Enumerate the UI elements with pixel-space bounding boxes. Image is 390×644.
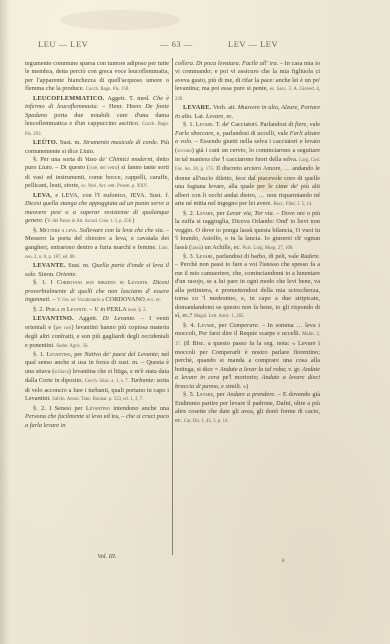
dictionary-entry: LEUCOFLEMMATICO. Aggett. T. med. Che è i… bbox=[25, 95, 169, 139]
entry-text: Andate a levar la tal roba bbox=[220, 366, 285, 373]
citation: Bocc. Filoc. l. 5, 14. bbox=[273, 202, 312, 207]
citation: Car. Dd. 1, 43, 3, p. 14. bbox=[184, 419, 229, 424]
entry-text: CORDOVANO bbox=[104, 296, 145, 303]
dictionary-entry: §. 4. Levare, per Comperare. – In somma … bbox=[175, 322, 320, 392]
running-head-right: LEV — LEV bbox=[228, 39, 278, 49]
entry-text: Aggett. T. med. bbox=[104, 95, 152, 102]
dictionary-entry: LEVARE. Verb. att. Muovere in alto, Alza… bbox=[175, 104, 320, 121]
dictionary-entry: §. 1. Levantino, per Nativo de' paesi de… bbox=[25, 351, 169, 405]
entry-continuation: collera. Di poca levatura. Facile all' i… bbox=[175, 60, 320, 104]
entry-text: , e simili. ») bbox=[218, 383, 248, 390]
entry-text: – Di questo ( bbox=[53, 164, 89, 171]
entry-text: ) bbox=[132, 217, 134, 224]
citation: V. del Passo in Att. Accad. Crus. t. 3, … bbox=[47, 219, 132, 224]
citation: lassù bbox=[191, 246, 201, 251]
entry-text: , parlandosi di barbo, di peli, vale bbox=[213, 253, 301, 260]
entry-text: §. 1. bbox=[183, 121, 196, 128]
citation: scovato bbox=[177, 149, 192, 154]
page-gutter-shadow bbox=[0, 0, 10, 644]
entry-text: Liuto. bbox=[38, 164, 53, 171]
entry-text: Levare. bbox=[196, 121, 214, 128]
entry-text: Lat. bbox=[193, 113, 206, 120]
paper-stain bbox=[60, 10, 180, 30]
dictionary-entry: LEÙTO. Sust. m. Strumento musicale di co… bbox=[25, 139, 169, 156]
entry-text: , e LEVA, con l'I eufonico, IEVA. Sust. … bbox=[50, 192, 169, 199]
entry-text: Radere. bbox=[300, 253, 320, 260]
entry-text: §. 1. bbox=[33, 351, 47, 358]
entry-text: Turbante bbox=[131, 377, 154, 384]
right-column: collera. Di poca levatura. Facile all' i… bbox=[175, 60, 320, 426]
dictionary-entry: §. 2. Perla di Levante. – V. in PERLA no… bbox=[25, 306, 169, 315]
entry-text: Oriente. bbox=[56, 271, 77, 278]
dictionary-entry: §. Per una sorta di Vaso de' Chimici mod… bbox=[25, 156, 169, 192]
entry-text: V. in bbox=[94, 306, 105, 313]
entry-text: Levare bbox=[196, 253, 213, 260]
headword: LEVARE. bbox=[183, 104, 211, 111]
entry-text: Levantino bbox=[86, 405, 110, 412]
entry-text: intendono anche una bbox=[110, 405, 169, 412]
entry-text: Farle sboccare bbox=[175, 130, 213, 137]
dictionary-entry: §. 1. I Cordovani son ribaditi in Levant… bbox=[25, 279, 169, 305]
entry-text: Levare bbox=[196, 391, 213, 398]
entry-text: Di Levante. bbox=[103, 315, 136, 322]
citation: Cecch. Stiav. a. 1, s. 7. bbox=[85, 379, 129, 384]
entry-text: Sust. m. bbox=[66, 262, 92, 269]
entry-text: §. Per una sorta di bbox=[33, 156, 85, 163]
page-number: — 63 — bbox=[160, 39, 193, 49]
dictionary-entry: LEVANTINO. Aggett. Di Levante. – I venti… bbox=[25, 315, 169, 351]
entry-text: Perla di Levante. bbox=[46, 306, 88, 313]
entry-text: Levare bbox=[198, 322, 215, 329]
headword: LEVANTE. bbox=[33, 262, 66, 269]
headword: LEUCOFLEMMATICO. bbox=[33, 95, 104, 102]
entry-text: Levare bbox=[196, 210, 213, 217]
entry-text: ed ira, – bbox=[102, 413, 126, 420]
entry-text: Sust. m. bbox=[58, 139, 83, 146]
entry-text: Strumento musicale di corde. bbox=[83, 139, 158, 146]
entry-text: , per bbox=[71, 351, 85, 358]
entry-text: §. 2. I Senesi per bbox=[33, 405, 86, 412]
entry-text: , ec. bbox=[223, 113, 233, 120]
entry-text: , e, parlandosi di uccelli, vale bbox=[213, 130, 290, 137]
entry-text: ) un Achille, ec. bbox=[201, 244, 243, 251]
column-divider bbox=[172, 58, 173, 555]
entry-text: fiere bbox=[295, 121, 306, 128]
entry-text: Levar via, Tor via. bbox=[227, 210, 275, 217]
entry-text: pe'l mortorio; bbox=[219, 374, 261, 381]
dictionary-entry: §. 5. Levare, per Andare a prendere. – E… bbox=[175, 391, 320, 426]
citation: Soder. Agric. 56. bbox=[56, 344, 88, 349]
signature-mark: 8 bbox=[282, 559, 285, 564]
entry-text: – Perchè non passi io fare a voi l'istes… bbox=[175, 261, 320, 319]
citation: per così bbox=[56, 326, 72, 331]
headword: LEÙTO. bbox=[33, 139, 58, 146]
citation: Salvin. Annot. Tanc. Buonar. p. 553, ed.… bbox=[52, 397, 143, 402]
entry-text: , per bbox=[213, 210, 227, 217]
entry-text: Levantino bbox=[47, 351, 71, 358]
entry-text: T. de' Cacciatori. Parlandosi di bbox=[214, 121, 295, 128]
running-head-left: LEU — LEV bbox=[38, 39, 88, 49]
entry-text: ; v. gr. bbox=[285, 366, 302, 373]
entry-text: I Cordovani son ribaditi in Levante. bbox=[51, 279, 149, 286]
entry-text: Andare a prendere. bbox=[227, 391, 276, 398]
entry-text: §. 1. bbox=[33, 279, 51, 286]
citation: Magal. Lett. Antic. 1, 265. bbox=[194, 314, 245, 319]
entry-text: , per bbox=[213, 391, 227, 398]
left-column: tegumento commune sparsa con tumore adip… bbox=[25, 60, 169, 430]
entry-text: Levare bbox=[206, 113, 223, 120]
entry-text: §. 5. bbox=[183, 391, 196, 398]
headword: LEVA bbox=[33, 192, 50, 199]
entry-text: Nativo de' paesi del Levante bbox=[84, 351, 157, 358]
entry-text: §. 2. bbox=[183, 210, 196, 217]
citation: Cocch. Bagn. Pis. 158. bbox=[86, 87, 130, 92]
scanned-dictionary-page: LEU — LEV — 63 — LEV — LEV tegumento com… bbox=[0, 0, 390, 644]
entry-text: Verb. att. bbox=[211, 104, 237, 111]
entry-text: , vale bbox=[306, 121, 320, 128]
entry-text: PERLA bbox=[105, 306, 128, 313]
entry-text: Vaso de' Chimici moderni bbox=[85, 156, 153, 163]
dictionary-entry: §. Mettere a leva. Sollevare con la leva… bbox=[25, 227, 169, 263]
headword: LEVANTINO. bbox=[33, 315, 74, 322]
entry-text: Sollevare con la leva che che sia. bbox=[80, 227, 165, 234]
dictionary-entry: §. 2. Levare, per Levar via, Tor via. – … bbox=[175, 210, 320, 253]
dictionary-entry: §. 2. I Senesi per Levantino intendono a… bbox=[25, 405, 169, 430]
entry-text: Aggett. bbox=[74, 315, 103, 322]
entry-text: Liuto. bbox=[80, 148, 95, 155]
entry-text: – Henr. Heers bbox=[98, 103, 145, 110]
citation: cioè, del vetro bbox=[89, 166, 117, 171]
entry-text: §. 4. bbox=[183, 322, 198, 329]
dictionary-entry: LEVA, e LEVA, con l'I eufonico, IEVA. Su… bbox=[25, 192, 169, 227]
citation: schiava bbox=[54, 370, 68, 375]
citation: , ecc. ec. bbox=[145, 298, 162, 303]
citation: nost. §. 2. bbox=[128, 308, 147, 313]
entry-text: §. 3. bbox=[183, 253, 196, 260]
volume-mark: Vol. III. bbox=[67, 553, 147, 560]
entry-text: Mettere a leva. bbox=[39, 227, 77, 234]
citation: ec. Neri, Art. vetr. Proem. p. XXV. bbox=[81, 184, 147, 189]
entry-text: §. 2. bbox=[33, 306, 46, 313]
dictionary-entry: LEVANTE. Sust. m. Quella parte d'onde si… bbox=[25, 262, 169, 279]
citation: V. l'es. ne' Vocabolario a bbox=[57, 298, 104, 303]
citation: Pulc. Luig. Morg. 27, 108. bbox=[243, 246, 294, 251]
dictionary-entry: §. 3. Levare, parlandosi di barbo, di pe… bbox=[175, 253, 320, 322]
dictionary-entry: §. 1. Levare. T. de' Cacciatori. Parland… bbox=[175, 121, 320, 210]
entry-continuation: tegumento commune sparsa con tumore adip… bbox=[25, 60, 169, 95]
entry-text: collera. Di poca levatura. Facile all' i… bbox=[175, 60, 278, 67]
entry-text: Sinon. bbox=[37, 271, 56, 278]
entry-text: Comperare. bbox=[229, 322, 259, 329]
entry-text: Persona che facilmente si leva bbox=[25, 413, 102, 420]
entry-text: , per bbox=[214, 322, 229, 329]
